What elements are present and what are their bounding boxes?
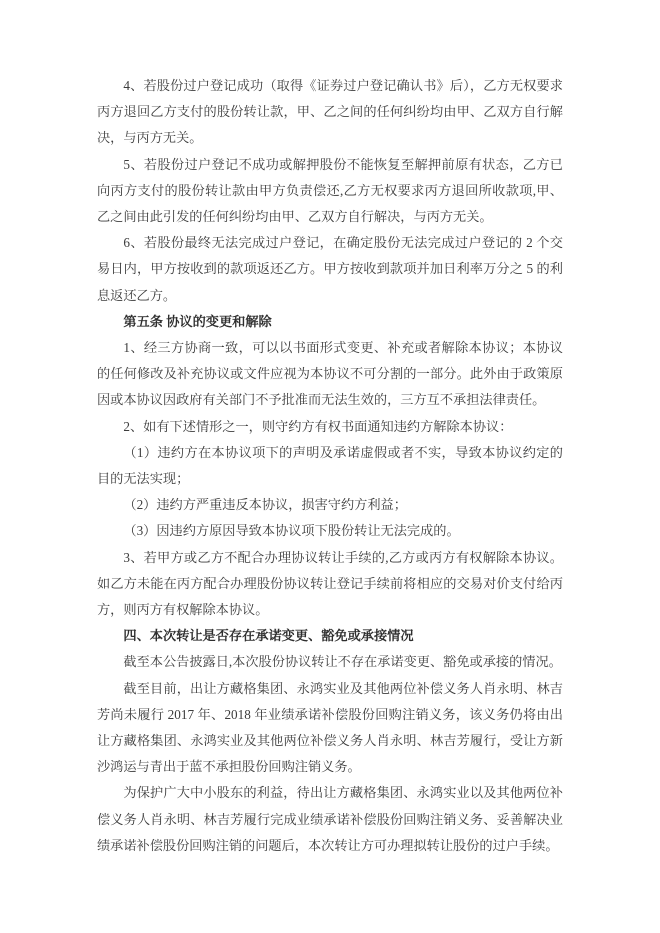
paragraph: 5、若股份过户登记不成功或解押股份不能恢复至解押前原有状态，乙方已向丙方支付的股… — [97, 152, 563, 231]
paragraph: 截至本公告披露日,本次股份协议转让不存在承诺变更、豁免或承接的情况。 — [97, 649, 563, 675]
paragraph: （3）因违约方原因导致本协议项下股份转让无法完成的。 — [97, 518, 563, 544]
paragraph: 2、如有下述情形之一，则守约方有权书面通知违约方解除本协议： — [97, 414, 563, 440]
section-heading: 第五条 协议的变更和解除 — [97, 309, 563, 335]
paragraph: （1）违约方在本协议项下的声明及承诺虚假或者不实，导致本协议约定的目的无法实现； — [97, 440, 563, 492]
document-body: 4、若股份过户登记成功（取得《证券过户登记确认书》后），乙方无权要求丙方退回乙方… — [97, 73, 563, 859]
paragraph: （2）违约方严重违反本协议，损害守约方利益； — [97, 492, 563, 518]
paragraph: 4、若股份过户登记成功（取得《证券过户登记确认书》后），乙方无权要求丙方退回乙方… — [97, 73, 563, 152]
paragraph: 6、若股份最终无法完成过户登记，在确定股份无法完成过户登记的 2 个交易日内，甲… — [97, 230, 563, 309]
paragraph: 截至目前，出让方藏格集团、永鸿实业及其他两位补偿义务人肖永明、林吉芳尚未履行 2… — [97, 676, 563, 781]
document-page: 4、若股份过户登记成功（取得《证券过户登记确认书》后），乙方无权要求丙方退回乙方… — [0, 0, 660, 933]
paragraph: 为保护广大中小股东的利益，待出让方藏格集团、永鸿实业以及其他两位补偿义务人肖永明… — [97, 780, 563, 859]
paragraph: 1、经三方协商一致，可以以书面形式变更、补充或者解除本协议；本协议的任何修改及补… — [97, 335, 563, 414]
paragraph: 3、若甲方或乙方不配合办理协议转让手续的,乙方或丙方有权解除本协议。如乙方未能在… — [97, 545, 563, 624]
section-heading: 四、本次转让是否存在承诺变更、豁免或承接情况 — [97, 623, 563, 649]
